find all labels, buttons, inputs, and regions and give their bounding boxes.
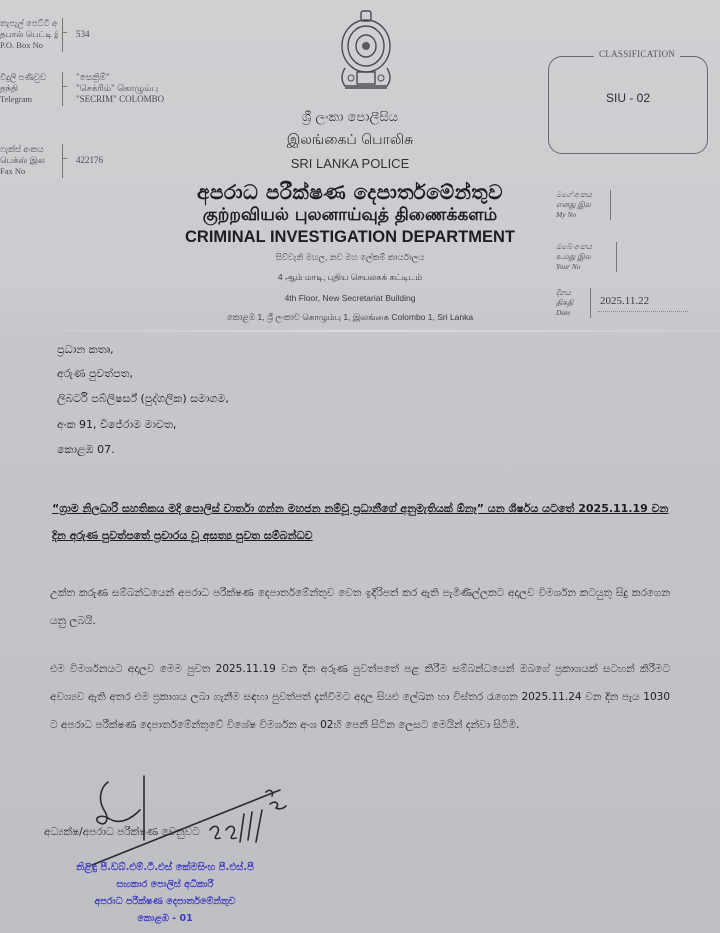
brace-icon: [62, 144, 69, 178]
telegram-value-si: "සෙක්‍රිම්": [76, 72, 164, 83]
classification-code: SIU - 02: [549, 91, 707, 105]
your-no-label-en: Your No: [556, 262, 608, 272]
paper-fold-line: [0, 330, 720, 332]
brace-icon: [62, 18, 69, 52]
date-value: 2025.11.22: [600, 296, 649, 306]
signatory-role: අධ්‍යක්ෂ/අපරාධ පරීක්ෂණ වෙනුවට: [44, 826, 200, 839]
paragraph-2: එම විමර්ශනයට අදාලව මෙම පුවත 2025.11.19 ව…: [50, 655, 670, 739]
stamp-officer-title: සහකාර පොලිස් අධිකාරී: [40, 879, 290, 890]
po-box-label-en: P.O. Box No: [0, 40, 58, 51]
fax-label-en: Fax No: [0, 166, 58, 177]
date-label-si: දිනය: [556, 288, 586, 298]
address-city: කොළඹ 1, ශ්‍රී ලංකාව கொழும்பு 1, இலங்கை C…: [150, 312, 550, 324]
fax-label-si: ෆැක්ස් අංකය: [0, 144, 58, 155]
my-no-label-si: මගේ අංකය: [556, 190, 608, 200]
my-no-field: මගේ අංකය எனது இல My No: [556, 190, 608, 220]
telegram-value-en: "SECRIM" COLOMBO: [76, 94, 164, 105]
police-name-si: ශ්‍රී ලංකා පොලීසිය: [160, 110, 540, 125]
department-name-en: CRIMINAL INVESTIGATION DEPARTMENT: [160, 228, 540, 247]
your-no-field: ඔබේ අංකය உமது இல Your No: [556, 242, 608, 272]
stamp-department: අපරාධ පරීක්ෂණ දෙපාර්තමේන්තුව: [40, 896, 290, 907]
fax-value: 422176: [76, 155, 103, 166]
address-en: 4th Floor, New Secretariat Building: [160, 293, 540, 303]
telegram-label-en: Telegram: [0, 94, 58, 105]
department-name-ta: குற்றவியல் புலனாய்வுத் திணைக்களம்: [160, 205, 540, 227]
date-label-en: Date: [556, 308, 586, 318]
telegram-label-si: විදුලි පණිවුඩ: [0, 72, 58, 83]
addressee-line-1: ප්‍රධාන කතෘ,: [57, 343, 114, 357]
police-name-en: SRI LANKA POLICE: [160, 156, 540, 171]
brace-icon: [590, 288, 596, 318]
handwritten-signature: [80, 770, 300, 870]
department-name-si: අපරාධ පරීක්ෂණ දෙපාර්තමේන්තුව: [160, 180, 540, 204]
stamp-officer-name: නිළිඳු පී.ඩබ්.එම්.ටී.එස් කේමසිංහ පී.එස්.…: [40, 862, 290, 873]
telegram-block: විදුලි පණිවුඩ தந்தி Telegram "සෙක්‍රිම්"…: [0, 72, 58, 105]
po-box-block: තැපැල් පෙට්ටි අංකය தபால் பெட்டி இல P.O. …: [0, 18, 58, 51]
subject-heading: “ග්‍රාම නිලධාරි සහතිකය මදි පොලිස් වාර්තා…: [52, 495, 672, 549]
addressee-line-2: අරුණ පුවත්පත,: [57, 367, 133, 381]
your-no-label-ta: உமது இல: [556, 252, 608, 262]
brace-icon: [610, 190, 616, 220]
stamp-city: කොළඹ - 01: [40, 913, 290, 924]
classification-caption: CLASSIFICATION: [594, 49, 680, 59]
classification-box: CLASSIFICATION SIU - 02: [548, 56, 708, 154]
telegram-label-ta: தந்தி: [0, 83, 58, 94]
telegram-value-ta: "செக்ரிம்" கொழும்பு: [76, 83, 164, 94]
po-box-label-si: තැපැල් පෙට්ටි අංකය: [0, 18, 58, 29]
po-box-value: 534: [76, 29, 90, 40]
fax-block: ෆැක්ස් අංකය பெக்ஸ் இல Fax No 422176: [0, 144, 58, 177]
paragraph-1: උක්ත කරුණ සම්බන්ධයෙන් අපරාධ පරීක්ෂණ දෙපා…: [50, 579, 670, 635]
date-field: දිනය திகதி Date 2025.11.22: [556, 288, 586, 318]
my-no-label-ta: எனது இல: [556, 200, 608, 210]
fax-label-ta: பெக்ஸ் இல: [0, 155, 58, 166]
address-ta: 4 ஆம் மாடி, புதிய செயலகக் கட்டிடம்: [160, 272, 540, 284]
brace-icon: [62, 72, 69, 106]
telegram-values: "සෙක්‍රිම්" "செக்ரிம்" கொழும்பு "SECRIM"…: [76, 72, 164, 105]
address-si: සිව්වැනි මහල, නව මහ ලේකම් කාර්යාලය: [160, 252, 540, 263]
addressee-line-5: කොළඹ 07.: [57, 443, 115, 457]
po-box-label-ta: தபால் பெட்டி இல: [0, 29, 58, 40]
addressee-line-4: අංක 91, විජේරාම මාවත,: [57, 418, 176, 432]
your-no-label-si: ඔබේ අංකය: [556, 242, 608, 252]
date-underline: [598, 311, 688, 312]
date-label-ta: திகதி: [556, 298, 586, 308]
brace-icon: [616, 242, 622, 272]
police-name-ta: இலங்கைப் பொலிசு: [160, 132, 540, 150]
my-no-label-en: My No: [556, 210, 608, 220]
sri-lanka-police-emblem-icon: [335, 8, 397, 92]
addressee-line-3: ලිබර්ටි පබ්ලිෂර්ස් (පුද්ගලික) සමාගම,: [57, 392, 229, 406]
